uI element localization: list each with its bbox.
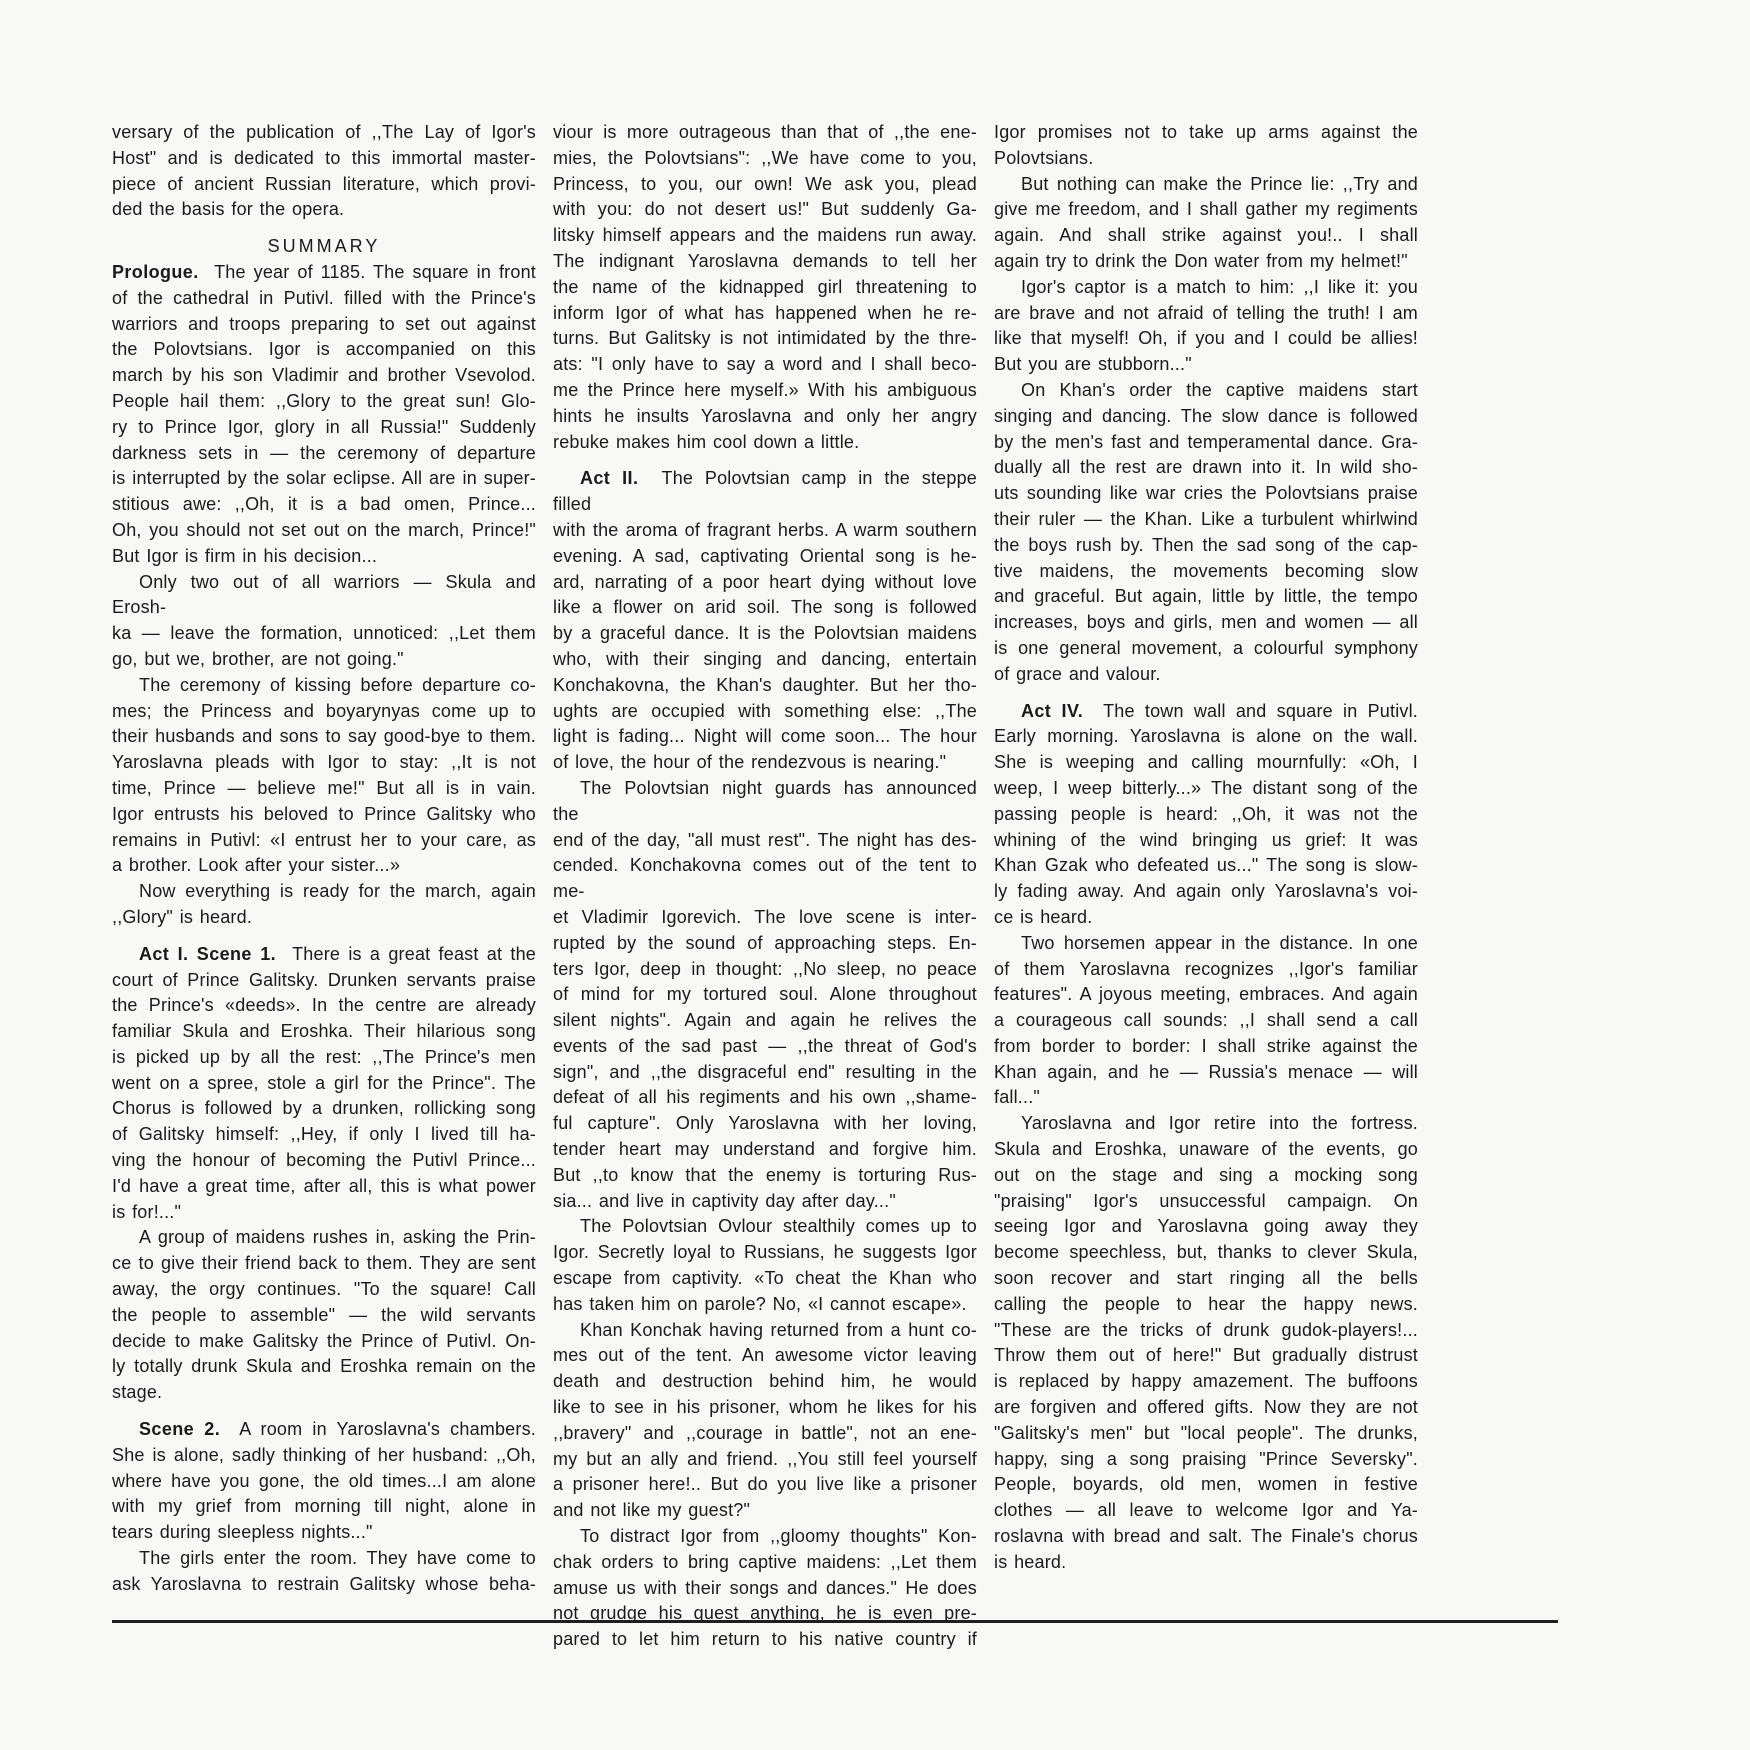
text-line: end of the day, "all must rest". The nig… <box>553 828 977 854</box>
text-line: ats: "I only have to say a word and I sh… <box>553 352 977 378</box>
text-line: the people to assemble" — the wild serva… <box>112 1303 536 1329</box>
text-line: their ruler — the Khan. Like a turbulent… <box>994 507 1418 533</box>
text-line: Prologue. The year of 1185. The square i… <box>112 260 536 286</box>
text-line: are brave and not afraid of telling the … <box>994 301 1418 327</box>
text-line: ters Igor, deep in thought: ,,No sleep, … <box>553 957 977 983</box>
text-line: by a graceful dance. It is the Polovtsia… <box>553 621 977 647</box>
text-line: of them Yaroslavna recognizes ,,Igor's f… <box>994 957 1418 983</box>
text-line: events of the sad past — ,,the threat of… <box>553 1034 977 1060</box>
section-label: Act II. <box>580 468 638 488</box>
text-line: warriors and troops preparing to set out… <box>112 312 536 338</box>
text-line: ask Yaroslavna to restrain Galitsky whos… <box>112 1572 536 1598</box>
paragraph: Khan Konchak having returned from a hunt… <box>553 1318 977 1524</box>
text-line: go, but we, brother, are not going." <box>112 647 536 673</box>
text-line: has taken him on parole? No, «I cannot e… <box>553 1292 977 1318</box>
text-line: defeat of all his regiments and his own … <box>553 1085 977 1111</box>
text-line: with you: do not desert us!" But suddenl… <box>553 197 977 223</box>
text-line: Igor. Secretly loyal to Russians, he sug… <box>553 1240 977 1266</box>
text-line: with the aroma of fragrant herbs. A warm… <box>553 518 977 544</box>
paragraph: A group of maidens rushes in, asking the… <box>112 1225 536 1406</box>
paragraph: On Khan's order the captive maidens star… <box>994 378 1418 688</box>
text-line: pared to let him return to his native co… <box>553 1627 977 1653</box>
section-label: Act IV. <box>1021 701 1083 721</box>
text-line: court of Prince Galitsky. Drunken servan… <box>112 968 536 994</box>
text-line: and not like my guest?" <box>553 1498 977 1524</box>
text-line: is one general movement, a colourful sym… <box>994 636 1418 662</box>
text-line: stitious awe: ,,Oh, it is a bad omen, Pr… <box>112 492 536 518</box>
text-line: Yaroslavna pleads with Igor to stay: ,,I… <box>112 750 536 776</box>
text-line: Khan Gzak who defeated us..." The song i… <box>994 853 1418 879</box>
text-line: People, boyards, old men, women in festi… <box>994 1472 1418 1498</box>
text-line: The Polovtsian night guards has announce… <box>553 776 977 828</box>
text-line: Chorus is followed by a drunken, rollick… <box>112 1096 536 1122</box>
paragraph: viour is more outrageous than that of ,,… <box>553 120 977 455</box>
paragraph: Yaroslavna and Igor retire into the fort… <box>994 1111 1418 1575</box>
scanned-program-page: versary of the publication of ,,The Lay … <box>0 0 1750 1750</box>
text-line: "These are the tricks of drunk gudok-pla… <box>994 1318 1418 1344</box>
text-line: ful capture". Only Yaroslavna with her l… <box>553 1111 977 1137</box>
paragraph: Prologue. The year of 1185. The square i… <box>112 260 536 570</box>
text-line: calling the people to hear the happy new… <box>994 1292 1418 1318</box>
text-line: ly fading away. And again only Yaroslavn… <box>994 879 1418 905</box>
text-line: away, the orgy continues. "To the square… <box>112 1277 536 1303</box>
text-line: People hail them: ,,Glory to the great s… <box>112 389 536 415</box>
text-line: soon recover and start ringing all the b… <box>994 1266 1418 1292</box>
paragraph: versary of the publication of ,,The Lay … <box>112 120 536 223</box>
text-line: weep, I weep bitterly...» The distant so… <box>994 776 1418 802</box>
text-line: ry to Prince Igor, glory in all Russia!"… <box>112 415 536 441</box>
text-line: of the cathedral in Putivl. filled with … <box>112 286 536 312</box>
paragraph: Only two out of all warriors — Skula and… <box>112 570 536 673</box>
section-label: Scene 2. <box>139 1419 220 1439</box>
paragraph: Scene 2. A room in Yaroslavna's chambers… <box>112 1417 536 1546</box>
text-line: amuse us with their songs and dances." H… <box>553 1576 977 1602</box>
text-line: ded the basis for the opera. <box>112 197 536 223</box>
text-line: litsky himself appears and the maidens r… <box>553 223 977 249</box>
text-line: versary of the publication of ,,The Lay … <box>112 120 536 146</box>
text-line: and graceful. But again, little by littl… <box>994 584 1418 610</box>
paragraph: The girls enter the room. They have come… <box>112 1546 536 1598</box>
text-line: She is alone, sadly thinking of her husb… <box>112 1443 536 1469</box>
paragraph: Igor's captor is a match to him: ,,I lik… <box>994 275 1418 378</box>
text-line: The girls enter the room. They have come… <box>112 1546 536 1572</box>
text-line: death and destruction behind him, he wou… <box>553 1369 977 1395</box>
text-line: singing and dancing. The slow dance is f… <box>994 404 1418 430</box>
paragraph: Act I. Scene 1. There is a great feast a… <box>112 942 536 1226</box>
paragraph: The ceremony of kissing before departure… <box>112 673 536 879</box>
text-line: fall..." <box>994 1085 1418 1111</box>
text-line: like that myself! Oh, if you and I could… <box>994 326 1418 352</box>
paragraph: The Polovtsian night guards has announce… <box>553 776 977 1215</box>
text-line: et Vladimir Igorevich. The love scene is… <box>553 905 977 931</box>
text-line: tender heart may understand and forgive … <box>553 1137 977 1163</box>
text-line: Khan Konchak having returned from a hunt… <box>553 1318 977 1344</box>
text-line: march by his son Vladimir and brother Vs… <box>112 363 536 389</box>
text-line: ,,Glory" is heard. <box>112 905 536 931</box>
paragraph: Now everything is ready for the march, a… <box>112 879 536 931</box>
text-line: tive maidens, the movements becoming slo… <box>994 559 1418 585</box>
text-line: The Polovtsian Ovlour stealthily comes u… <box>553 1214 977 1240</box>
text-line: Act II. The Polovtsian camp in the stepp… <box>553 466 977 518</box>
paragraph: Act II. The Polovtsian camp in the stepp… <box>553 466 977 776</box>
section-label: Prologue. <box>112 262 199 282</box>
text-line: "praising" Igor's unsuccessful campaign.… <box>994 1189 1418 1215</box>
text-line: turns. But Galitsky is not intimidated b… <box>553 326 977 352</box>
text-line: Early morning. Yaroslavna is alone on th… <box>994 724 1418 750</box>
text-line: by the men's fast and temperamental danc… <box>994 430 1418 456</box>
text-line: Yaroslavna and Igor retire into the fort… <box>994 1111 1418 1137</box>
text-line: not grudge his guest anything, he is eve… <box>553 1601 977 1627</box>
text-line: ce is heard. <box>994 905 1418 931</box>
text-line: is for!..." <box>112 1200 536 1226</box>
text-line: give me freedom, and I shall gather my r… <box>994 197 1418 223</box>
text-line: clothes — all leave to welcome Igor and … <box>994 1498 1418 1524</box>
paragraph: Igor promises not to take up arms agains… <box>994 120 1418 172</box>
text-line: time, Prince — believe me!" But all is i… <box>112 776 536 802</box>
text-line: dually all the rest are drawn into it. I… <box>994 455 1418 481</box>
text-line: Princess, to you, our own! We ask you, p… <box>553 172 977 198</box>
text-line: become speechless, but, thanks to clever… <box>994 1240 1418 1266</box>
paragraph: The Polovtsian Ovlour stealthily comes u… <box>553 1214 977 1317</box>
text-line: Oh, you should not set out on the march,… <box>112 518 536 544</box>
text-line: who, with their singing and dancing, ent… <box>553 647 977 673</box>
paragraph: But nothing can make the Prince lie: ,,T… <box>994 172 1418 275</box>
text-line: the Polovtsians. Igor is accompanied on … <box>112 337 536 363</box>
text-line: me the Prince here myself.» With his amb… <box>553 378 977 404</box>
text-line: went on a spree, stole a girl for the Pr… <box>112 1071 536 1097</box>
text-line: evening. A sad, captivating Oriental son… <box>553 544 977 570</box>
text-line: happy, sing a song praising "Prince Seve… <box>994 1447 1418 1473</box>
text-line: like a flower on arid soil. The song is … <box>553 595 977 621</box>
text-line: the boys rush by. Then the sad song of t… <box>994 533 1418 559</box>
text-line: light is fading... Night will come soon.… <box>553 724 977 750</box>
text-line: a courageous call sounds: ,,I shall send… <box>994 1008 1418 1034</box>
text-line: remains in Putivl: «I entrust her to you… <box>112 828 536 854</box>
text-line: Throw them out of here!" But gradually d… <box>994 1343 1418 1369</box>
text-line: Igor entrusts his beloved to Prince Gali… <box>112 802 536 828</box>
text-line: are forgiven and offered gifts. Now they… <box>994 1395 1418 1421</box>
text-line: Igor's captor is a match to him: ,,I lik… <box>994 275 1418 301</box>
text-line: rupted by the sound of approaching steps… <box>553 931 977 957</box>
text-line: uts sounding like war cries the Polovtsi… <box>994 481 1418 507</box>
text-line: Act I. Scene 1. There is a great feast a… <box>112 942 536 968</box>
text-line: of mind for my tortured soul. Alone thro… <box>553 982 977 1008</box>
text-line: of grace and valour. <box>994 662 1418 688</box>
text-line: But nothing can make the Prince lie: ,,T… <box>994 172 1418 198</box>
text-line: increases, boys and girls, men and women… <box>994 610 1418 636</box>
text-line: familiar Skula and Eroshka. Their hilari… <box>112 1019 536 1045</box>
text-line: stage. <box>112 1380 536 1406</box>
text-line: ard, narrating of a poor heart dying wit… <box>553 570 977 596</box>
text-line: is picked up by all the rest: ,,The Prin… <box>112 1045 536 1071</box>
text-line: mes out of the tent. An awesome victor l… <box>553 1343 977 1369</box>
text-line: chak orders to bring captive maidens: ,,… <box>553 1550 977 1576</box>
text-line: their husbands and sons to say good-bye … <box>112 724 536 750</box>
text-line: escape from captivity. «To cheat the Kha… <box>553 1266 977 1292</box>
text-line: ce to give their friend back to them. Th… <box>112 1251 536 1277</box>
text-line: the Prince's «deeds». In the centre are … <box>112 993 536 1019</box>
text-line: sign", and ,,the disgraceful end" result… <box>553 1060 977 1086</box>
text-line: But ,,to know that the enemy is torturin… <box>553 1163 977 1189</box>
text-line: a brother. Look after your sister...» <box>112 853 536 879</box>
text-line: The indignant Yaroslavna demands to tell… <box>553 249 977 275</box>
text-line: piece of ancient Russian literature, whi… <box>112 172 536 198</box>
text-line: ly totally drunk Skula and Eroshka remai… <box>112 1354 536 1380</box>
text-line: She is weeping and calling mournfully: «… <box>994 750 1418 776</box>
text-line: The ceremony of kissing before departure… <box>112 673 536 699</box>
text-line: Scene 2. A room in Yaroslavna's chambers… <box>112 1417 536 1443</box>
text-line: ving the honour of becoming the Putivl P… <box>112 1148 536 1174</box>
text-line: "Galitsky's men" but "local people". The… <box>994 1421 1418 1447</box>
text-line: darkness sets in — the ceremony of depar… <box>112 441 536 467</box>
column-1: versary of the publication of ,,The Lay … <box>112 120 536 1653</box>
paragraph: To distract Igor from ,,gloomy thoughts"… <box>553 1524 977 1653</box>
text-line: features". A joyous meeting, embraces. A… <box>994 982 1418 1008</box>
summary-heading-block: SUMMARY <box>112 234 536 260</box>
text-line: silent nights". Again and again he reliv… <box>553 1008 977 1034</box>
text-line: But Igor is firm in his decision... <box>112 544 536 570</box>
text-line: I'd have a great time, after all, this i… <box>112 1174 536 1200</box>
text-line: the name of the kidnapped girl threateni… <box>553 275 977 301</box>
text-line: Igor promises not to take up arms agains… <box>994 120 1418 146</box>
text-line: is replaced by happy amazement. The buff… <box>994 1369 1418 1395</box>
text-columns: versary of the publication of ,,The Lay … <box>112 120 1414 1653</box>
text-line: mes; the Princess and boyarynyas come up… <box>112 699 536 725</box>
text-line: passing people is heard: ,,Oh, it was no… <box>994 802 1418 828</box>
text-line: hints he insults Yaroslavna and only her… <box>553 404 977 430</box>
text-line: To distract Igor from ,,gloomy thoughts"… <box>553 1524 977 1550</box>
text-line: again try to drink the Don water from my… <box>994 249 1418 275</box>
text-line: Skula and Eroshka, unaware of the events… <box>994 1137 1418 1163</box>
text-line: Khan again, and he — Russia's menace — w… <box>994 1060 1418 1086</box>
bottom-rule <box>112 1620 1558 1623</box>
text-line: of Galitsky himself: ,,Hey, if only I li… <box>112 1122 536 1148</box>
text-line: sia... and live in captivity day after d… <box>553 1189 977 1215</box>
text-line: with my grief from morning till night, a… <box>112 1494 536 1520</box>
text-line: rebuke makes him cool down a little. <box>553 430 977 456</box>
text-line: A group of maidens rushes in, asking the… <box>112 1225 536 1251</box>
text-line: from border to border: I shall strike ag… <box>994 1034 1418 1060</box>
text-line: viour is more outrageous than that of ,,… <box>553 120 977 146</box>
text-line: where have you gone, the old times...I a… <box>112 1469 536 1495</box>
text-line: of love, the hour of the rendezvous is n… <box>553 750 977 776</box>
text-line: mies, the Polovtsians": ,,We have come t… <box>553 146 977 172</box>
text-line: again. And shall strike against you!.. I… <box>994 223 1418 249</box>
text-line: Two horsemen appear in the distance. In … <box>994 931 1418 957</box>
text-line: ughts are occupied with something else: … <box>553 699 977 725</box>
text-line: whining of the wind bringing us grief: I… <box>994 828 1418 854</box>
text-line: Act IV. The town wall and square in Puti… <box>994 699 1418 725</box>
text-line: Now everything is ready for the march, a… <box>112 879 536 905</box>
text-line: seeing Igor and Yaroslavna going away th… <box>994 1214 1418 1240</box>
text-line: is interrupted by the solar eclipse. All… <box>112 466 536 492</box>
text-line: like to see in his prisoner, whom he lik… <box>553 1395 977 1421</box>
column-3: Igor promises not to take up arms agains… <box>994 120 1418 1653</box>
text-line: out on the stage and sing a mocking song <box>994 1163 1418 1189</box>
text-line: ka — leave the formation, unnoticed: ,,L… <box>112 621 536 647</box>
text-line: Only two out of all warriors — Skula and… <box>112 570 536 622</box>
text-line: a prisoner here!.. But do you live like … <box>553 1472 977 1498</box>
text-line: Host" and is dedicated to this immortal … <box>112 146 536 172</box>
text-line: But you are stubborn..." <box>994 352 1418 378</box>
text-line: is heard. <box>994 1550 1418 1576</box>
section-label: Act I. Scene 1. <box>139 944 276 964</box>
text-line: inform Igor of what has happened when he… <box>553 301 977 327</box>
text-line: On Khan's order the captive maidens star… <box>994 378 1418 404</box>
text-line: decide to make Galitsky the Prince of Pu… <box>112 1329 536 1355</box>
text-line: roslavna with bread and salt. The Finale… <box>994 1524 1418 1550</box>
text-line: ,,bravery" and ,,courage in battle", not… <box>553 1421 977 1447</box>
paragraph: Two horsemen appear in the distance. In … <box>994 931 1418 1112</box>
text-line: Polovtsians. <box>994 146 1418 172</box>
summary-heading: SUMMARY <box>112 234 536 260</box>
text-line: cended. Konchakovna comes out of the ten… <box>553 853 977 905</box>
text-line: tears during sleepless nights..." <box>112 1520 536 1546</box>
column-2: viour is more outrageous than that of ,,… <box>553 120 977 1653</box>
paragraph: Act IV. The town wall and square in Puti… <box>994 699 1418 931</box>
text-line: my but an ally and friend. ,,You still f… <box>553 1447 977 1473</box>
text-line: Konchakovna, the Khan's daughter. But he… <box>553 673 977 699</box>
